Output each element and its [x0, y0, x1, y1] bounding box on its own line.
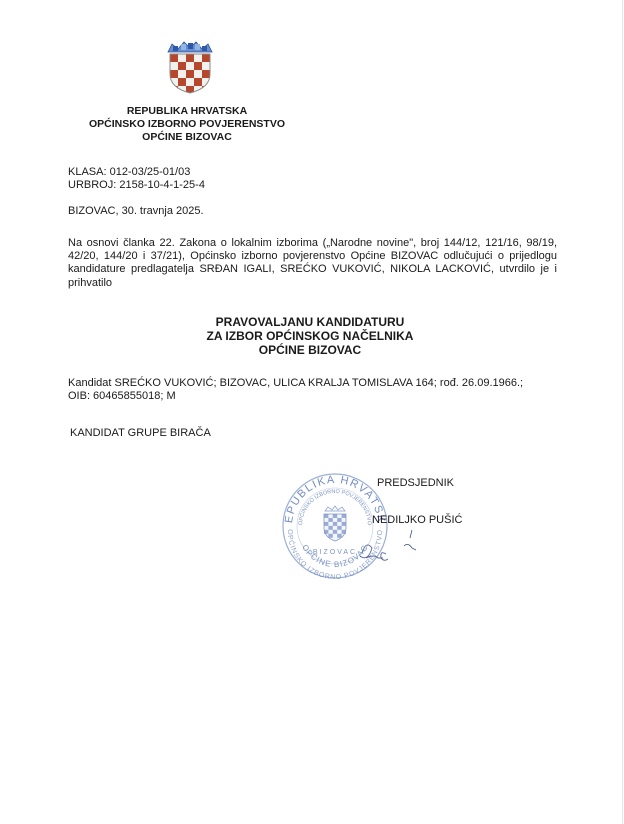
place-date: BIZOVAC, 30. travnja 2025.	[68, 205, 204, 218]
klasa-reference: KLASA: 012-03/25-01/03	[68, 166, 190, 179]
candidate-details: Kandidat SREĆKO VUKOVIĆ; BIZOVAC, ULICA …	[68, 377, 523, 390]
decision-title: PRAVOVALJANU KANDIDATURU ZA IZBOR OPĆINS…	[160, 315, 460, 357]
candidate-oib: OIB: 60465855018; M	[68, 390, 176, 403]
title-line-2: ZA IZBOR OPĆINSKOG NAČELNIKA	[160, 329, 460, 343]
svg-text:OPĆINE BIZOVAC: OPĆINE BIZOVAC	[300, 543, 370, 569]
issuer-header: REPUBLIKA HRVATSKA OPĆINSKO IZBORNO POVJ…	[60, 105, 314, 144]
page-edge	[622, 0, 623, 824]
title-line-1: PRAVOVALJANU KANDIDATURU	[160, 315, 460, 329]
candidate-group-label: KANDIDAT GRUPE BIRAČA	[70, 427, 211, 440]
signatory-name: NEDILJKO PUŠIĆ	[372, 514, 462, 526]
svg-text:BIZOVAC: BIZOVAC	[313, 549, 357, 556]
header-line-commission: OPĆINSKO IZBORNO POVJERENSTVO	[60, 118, 314, 131]
urbroj-reference: URBROJ: 2158-10-4-1-25-4	[68, 179, 205, 192]
signatory-role: PREDSJEDNIK	[377, 477, 454, 489]
signature-mark-icon	[400, 528, 440, 554]
croatian-coat-of-arms-icon	[164, 40, 216, 94]
official-stamp-icon: REPUBLIKA HRVATSKA OPĆINSKO IZBORNO POVJ…	[280, 470, 390, 582]
header-line-municipality: OPĆINE BIZOVAC	[60, 131, 314, 144]
title-line-3: OPĆINE BIZOVAC	[160, 343, 460, 357]
legal-basis-paragraph: Na osnovi članka 22. Zakona o lokalnim i…	[68, 237, 557, 290]
header-line-country: REPUBLIKA HRVATSKA	[60, 105, 314, 118]
